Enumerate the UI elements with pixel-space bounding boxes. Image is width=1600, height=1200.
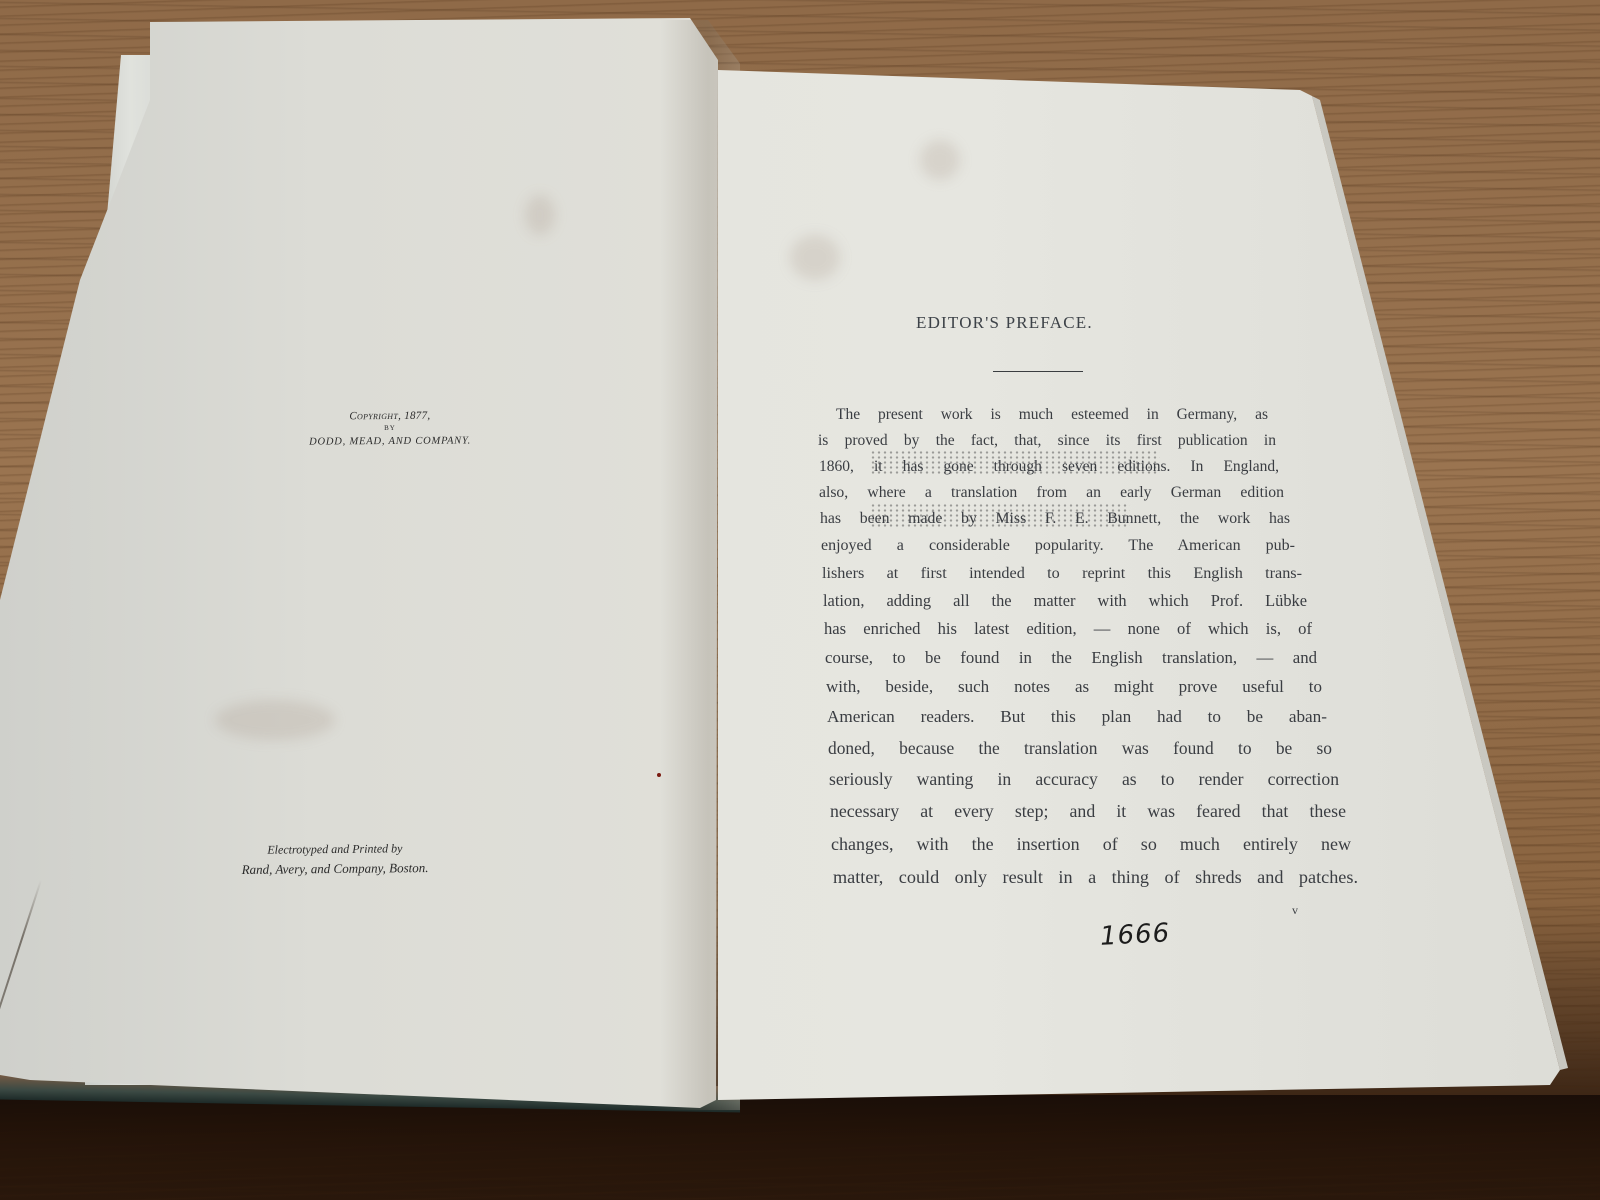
body-line: lishers at first intended to reprint thi… (822, 564, 1302, 583)
body-line: course, to be found in the English trans… (825, 648, 1317, 668)
body-line: is proved by the fact, that, since its f… (818, 432, 1276, 450)
page-number: v (1292, 903, 1298, 918)
body-line: American readers. But this plan had to b… (827, 707, 1327, 727)
body-line: with, beside, such notes as might prove … (826, 677, 1322, 697)
body-line: necessary at every step; and it was fear… (830, 801, 1346, 822)
body-line: changes, with the insertion of so much e… (831, 834, 1351, 855)
preface-body: The present work is much esteemed in Ger… (0, 0, 1600, 1200)
body-line: doned, because the translation was found… (828, 738, 1332, 759)
body-line: lation, adding all the matter with which… (823, 591, 1307, 611)
handwritten-annotation: 1666 (1099, 918, 1171, 952)
body-line: matter, could only result in a thing of … (833, 867, 1358, 888)
body-line: has been made by Miss F. E. Bunnett, the… (820, 510, 1290, 528)
body-line: enjoyed a considerable popularity. The A… (821, 537, 1295, 555)
body-line: seriously wanting in accuracy as to rend… (829, 769, 1339, 790)
body-line: The present work is much esteemed in Ger… (836, 406, 1268, 424)
body-line: has enriched his latest edition, — none … (824, 619, 1312, 639)
body-line: also, where a translation from an early … (819, 484, 1284, 502)
body-line: 1860, it has gone through seven editions… (819, 458, 1279, 476)
